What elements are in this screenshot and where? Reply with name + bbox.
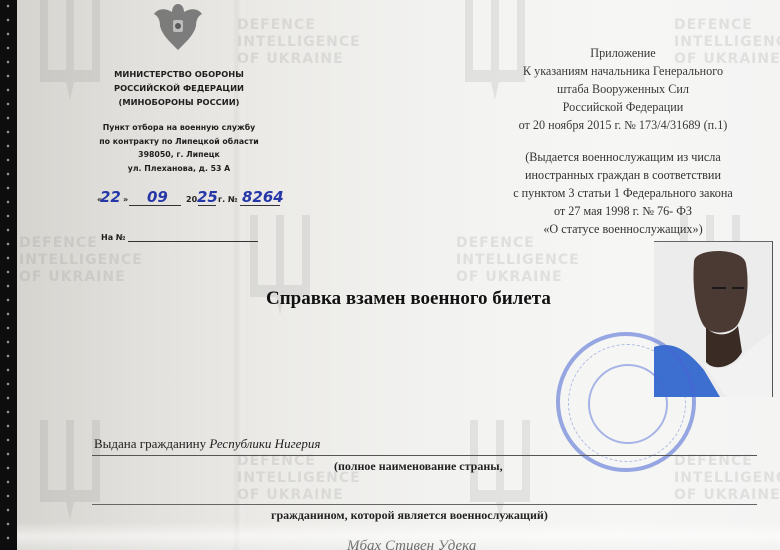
binder-edge [0,0,17,550]
recruitment-point-address: Пункт отбора на военную службу по контра… [95,121,263,175]
watermark-text: DEFENCEINTELLIGENCEOF UKRAINE [19,235,143,286]
document-title: Справка взамен военного билета [266,288,551,310]
issued-to-line: Выдана гражданину Республики Нигерия [94,436,320,452]
eagle-emblem-icon [146,0,210,52]
ministry-header: МИНИСТЕРСТВО ОБОРОНЫ РОССИЙСКОЙ ФЕДЕРАЦИ… [95,67,263,109]
watermark-text: DEFENCEINTELLIGENCEOF UKRAINE [674,453,780,504]
citizenship-value: Республики Нигерия [209,436,320,451]
watermark-text: DEFENCEINTELLIGENCEOF UKRAINE [237,17,361,68]
issue-date-line: « 22 » 09 20 25 г. № 8264 [97,193,287,211]
underline-divider [92,504,757,505]
reference-number-field: На № [101,233,258,242]
document-number: 8264 [242,188,284,206]
lamination-glare [17,522,780,550]
underline-divider [92,455,757,456]
date-year: 25 [197,188,218,206]
issuance-legal-basis: (Выдается военнослужащим из числа иностр… [468,148,778,238]
appendix-note: Приложение К указаниям начальника Генера… [468,44,778,134]
date-month: 09 [147,188,168,206]
watermark-text: DEFENCEINTELLIGENCEOF UKRAINE [456,235,580,286]
country-caption: (полное наименование страны, [334,459,503,474]
official-seal-stamp [556,332,696,472]
citizenship-caption: гражданином, которой является военнослуж… [271,508,548,523]
date-day: 22 [100,188,121,206]
